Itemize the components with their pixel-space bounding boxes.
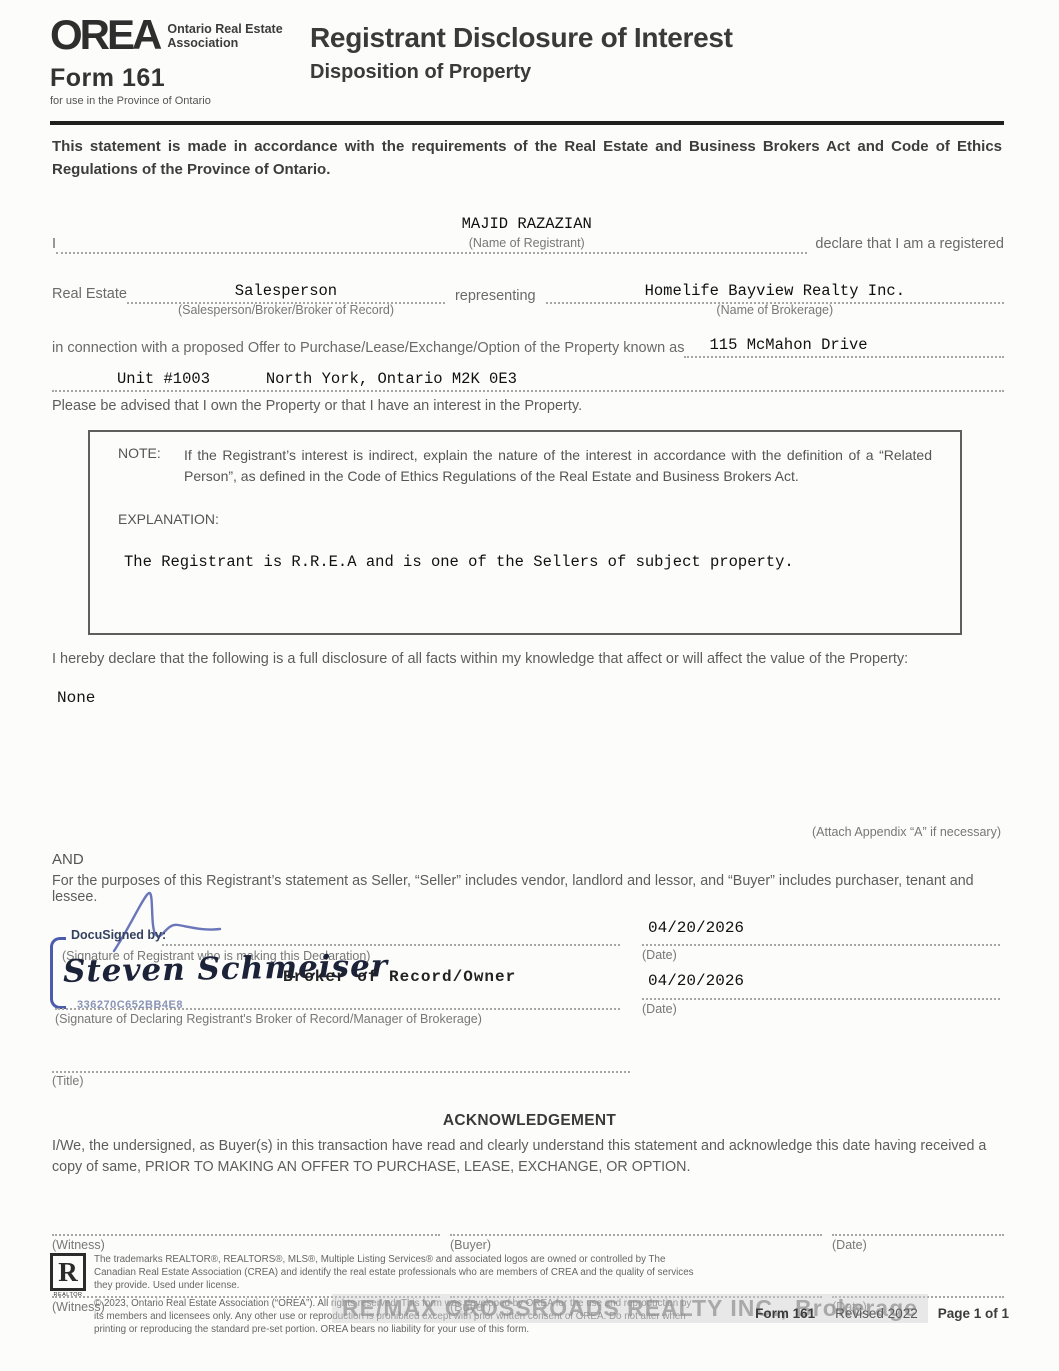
signature-area: DocuSigned by: (Signature of Registrant … [50,911,1004,1039]
date1-ack-label: (Date) [832,1236,1004,1252]
date2-value: 04/20/2026 [648,972,744,990]
representing-label: representing [445,288,546,304]
realtor-logo-caption: REALTOR [50,1292,86,1298]
note-text: If the Registrant’s interest is indirect… [184,445,932,487]
footer: R REALTOR The trademarks REALTOR®, REALT… [50,1253,1009,1336]
explanation-value: The Registrant is R.R.E.A and is one of … [124,553,932,571]
broker-signature-line[interactable] [55,1008,620,1010]
date1-value: 04/20/2026 [648,919,744,937]
header-right: Registrant Disclosure of Interest Dispos… [310,16,733,107]
date1-sublabel: (Date) [642,948,677,962]
acknowledgement-heading: ACKNOWLEDGEMENT [0,1112,1059,1130]
form-header: OREA Ontario Real Estate Association For… [0,0,1059,107]
statement-paragraph: This statement is made in accordance wit… [52,135,1002,182]
date1-line[interactable] [642,944,1000,946]
footer-page: Page 1 of 1 [938,1306,1009,1321]
form-info-line: Form 161 Revised 2022 Page 1 of 1 [755,1306,1009,1321]
trademark-text: The trademarks REALTOR®, REALTORS®, MLS®… [94,1253,694,1293]
orea-org-line2: Association [167,36,238,50]
title-row: (Title) [52,1055,630,1088]
footer-form-number: Form 161 [755,1306,815,1321]
realtor-logo-letter: R [50,1253,86,1291]
date2-line[interactable] [642,998,1000,1000]
registrant-signature-line[interactable] [162,944,620,946]
acknowledgement-text: I/We, the undersigned, as Buyer(s) in th… [52,1136,1002,1177]
brokerage-sublabel: (Name of Brokerage) [546,302,1004,317]
property-field-1[interactable]: 115 McMahon Drive [684,336,1004,358]
declare-suffix-label: declare that I am a registered [807,236,1004,254]
appendix-note: (Attach Appendix “A” if necessary) [0,825,1001,839]
role-field[interactable]: Salesperson (Salesperson/Broker/Broker o… [127,282,445,304]
real-estate-label: Real Estate [52,286,127,304]
note-box: NOTE: If the Registrant’s interest is in… [88,430,962,635]
title-line[interactable] [52,1055,630,1073]
form-161-document: OREA Ontario Real Estate Association For… [0,0,1059,1371]
form-usage-note: for use in the Province of Ontario [50,95,300,107]
header-left: OREA Ontario Real Estate Association For… [50,16,300,107]
explanation-label: EXPLANATION: [118,511,932,527]
realtor-logo: R REALTOR [50,1253,94,1336]
property-row-1: in connection with a proposed Offer to P… [52,336,1004,358]
document-title: Registrant Disclosure of Interest [310,22,733,54]
orea-org-name: Ontario Real Estate Association [167,22,282,51]
witness1-label: (Witness) [52,1236,440,1252]
disclosure-value: None [57,689,1059,707]
broker-title-value: Broker of Record/Owner [283,968,516,986]
buyer1-label: (Buyer) [450,1236,822,1252]
orea-logo: OREA [50,16,159,54]
registrant-name-field[interactable]: MAJID RAZAZIAN (Name of Registrant) [56,215,807,254]
note-label: NOTE: [118,445,184,487]
advise-text: Please be advised that I own the Propert… [52,398,1002,414]
full-disclosure-text: I hereby declare that the following is a… [52,651,1002,667]
role-sublabel: (Salesperson/Broker/Broker of Record) [127,302,445,317]
broker-signature-sublabel: (Signature of Declaring Registrant's Bro… [55,1012,482,1026]
document-subtitle: Disposition of Property [310,61,733,84]
witness1-line[interactable] [52,1220,440,1236]
header-divider [50,121,1004,125]
role-brokerage-row: Real Estate Salesperson (Salesperson/Bro… [52,282,1004,304]
docusign-label: DocuSigned by: [71,928,166,942]
footer-revised: Revised 2022 [835,1306,918,1321]
registrant-name-row: I MAJID RAZAZIAN (Name of Registrant) de… [52,215,1004,254]
property-field-2[interactable]: Unit #1003 North York, Ontario M2K 0E3 [52,370,1004,392]
property-row-2: Unit #1003 North York, Ontario M2K 0E3 [52,370,1004,392]
title-sublabel: (Title) [52,1073,630,1088]
buyer1-line[interactable] [450,1220,822,1236]
property-value-1: 115 McMahon Drive [684,336,1004,355]
registrant-name-value: MAJID RAZAZIAN [151,215,902,234]
date1-ack-line[interactable] [832,1220,1004,1236]
registrant-name-sublabel: (Name of Registrant) [469,235,585,250]
orea-org-line1: Ontario Real Estate [167,22,282,36]
connection-label: in connection with a proposed Offer to P… [52,340,684,358]
and-label: AND [52,851,1059,868]
brokerage-field[interactable]: Homelife Bayview Realty Inc. (Name of Br… [546,282,1004,304]
role-value: Salesperson [127,282,445,301]
witness-row-1: (Witness) (Buyer) (Date) [52,1220,1004,1252]
brokerage-value: Homelife Bayview Realty Inc. [546,282,1004,301]
form-number: Form 161 [50,64,300,93]
date2-sublabel: (Date) [642,1002,677,1016]
property-value-2: Unit #1003 North York, Ontario M2K 0E3 [52,370,1004,389]
